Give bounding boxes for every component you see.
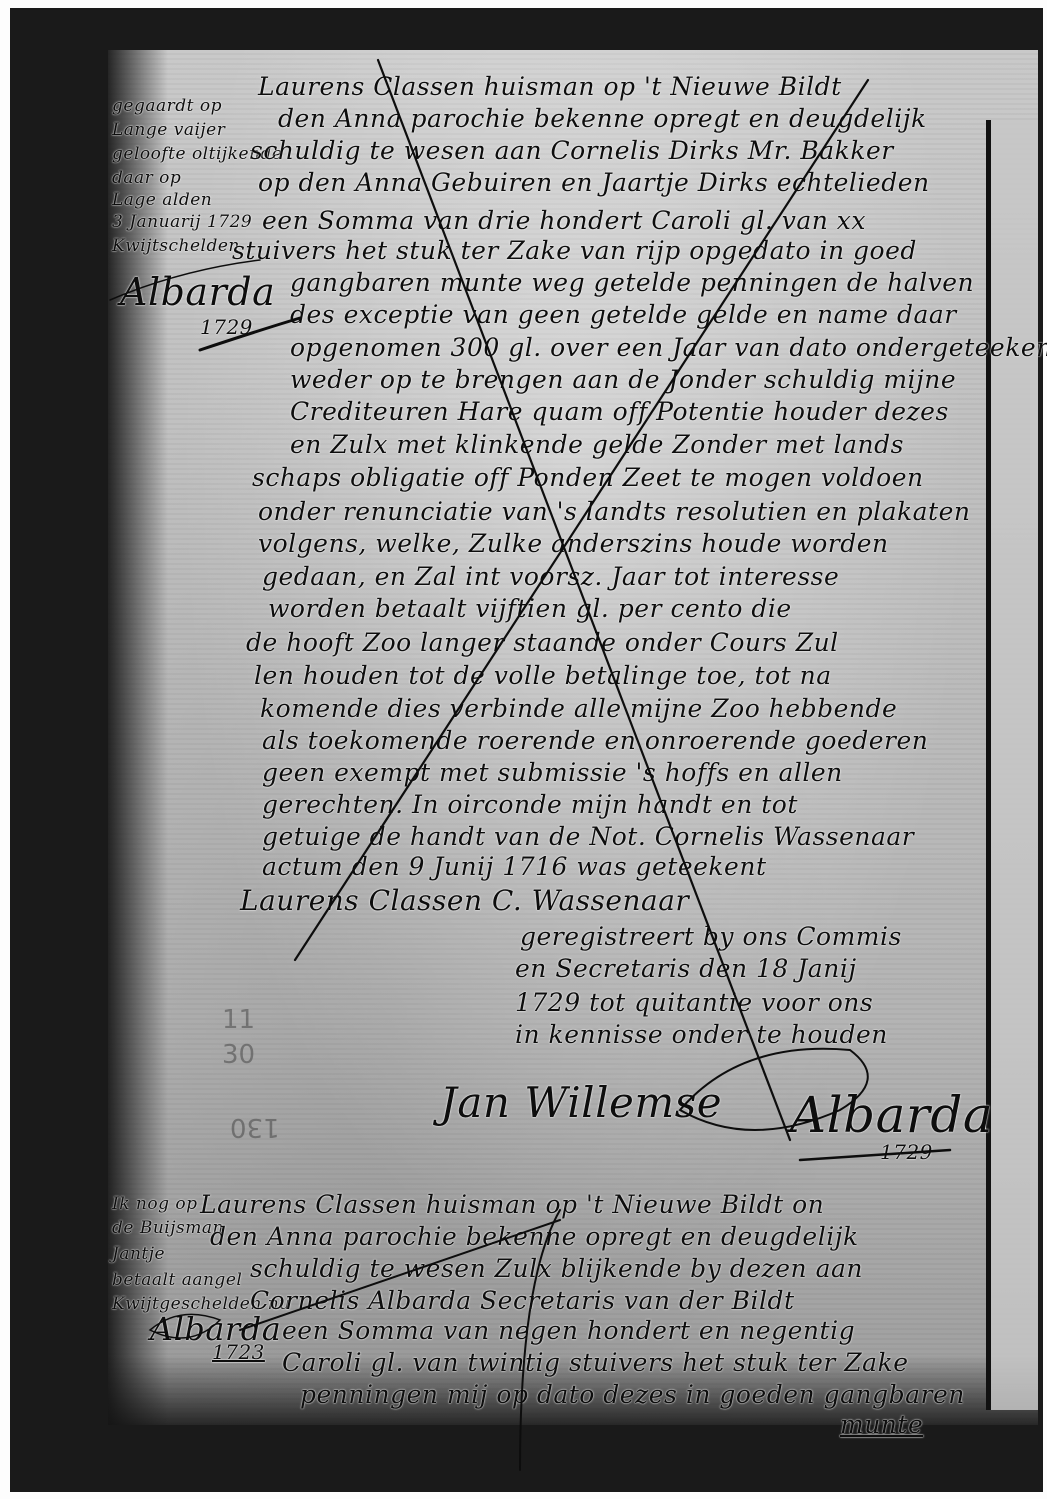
text-line: en Zulx met klinkende gelde Zonder met l…: [290, 430, 904, 459]
text-line: getuige de handt van de Not. Cornelis Wa…: [262, 822, 914, 851]
text-line: schuldig te wesen Zulx blijkende by deze…: [250, 1254, 863, 1283]
text-line: actum den 9 Junij 1716 was geteekent: [262, 852, 767, 881]
text-line: gerechten. In oirconde mijn handt en tot: [262, 790, 798, 819]
text-line: worden betaalt vijftien gl. per cento di…: [268, 594, 792, 623]
margin-note: Jantje: [112, 1244, 165, 1264]
text-line: op den Anna Gebuiren en Jaartje Dirks ec…: [258, 168, 930, 197]
margin-note: Ik nog op: [112, 1194, 198, 1214]
text-line: Crediteuren Hare quam off Potentie houde…: [290, 397, 949, 426]
signature-year: 1729: [880, 1140, 933, 1164]
text-line: Laurens Classen huisman op 't Nieuwe Bil…: [200, 1190, 824, 1219]
text-line: Laurens Classen huisman op 't Nieuwe Bil…: [258, 72, 842, 101]
signature-jan-willemse: Jan Willemse: [440, 1078, 722, 1127]
margin-note: daar op: [112, 168, 181, 188]
text-line: len houden tot de volle betalinge toe, t…: [254, 661, 832, 690]
text-line: gangbaren munte weg getelde penningen de…: [290, 268, 974, 297]
text-line: gedaan, en Zal int voorsz. Jaar tot inte…: [262, 562, 839, 591]
text-line: onder renunciatie van 's landts resoluti…: [258, 497, 971, 526]
text-line: een Somma van drie hondert Caroli gl. va…: [262, 206, 866, 235]
text-line: den Anna parochie bekenne opregt en deug…: [278, 104, 927, 133]
text-line: schaps obligatie off Ponden Zeet te moge…: [252, 463, 924, 492]
signature-albarda: Albarda: [790, 1086, 993, 1144]
annotation-line: en Secretaris den 18 Janij: [515, 954, 857, 983]
bleed-through-mark: 30: [222, 1040, 255, 1070]
text-line: opgenomen 300 gl. over een Jaar van dato…: [290, 333, 1047, 362]
margin-note: 3 Januarij 1729: [112, 212, 252, 232]
text-line: Cornelis Albarda Secretaris van der Bild…: [250, 1286, 795, 1315]
text-line: des exceptie van geen getelde gelde en n…: [290, 300, 957, 329]
text-line: den Anna parochie bekenne opregt en deug…: [210, 1222, 859, 1251]
annotation-line: in kennisse onder te houden: [515, 1020, 888, 1049]
text-line: de hooft Zoo langer staande onder Cours …: [246, 628, 839, 657]
text-line: Caroli gl. van twintig stuivers het stuk…: [282, 1348, 909, 1377]
page-fold-line: [986, 120, 991, 1410]
text-line: schuldig te wesen aan Cornelis Dirks Mr.…: [250, 136, 894, 165]
margin-note: Lange vaijer: [112, 120, 225, 140]
adjacent-page-strip: [991, 120, 1038, 1410]
text-line: geen exempt met submissie 's hoffs en al…: [262, 758, 843, 787]
text-line: komende dies verbinde alle mijne Zoo heb…: [260, 694, 897, 723]
text-line: penningen mij op dato dezes in goeden ga…: [300, 1380, 965, 1409]
margin-note: Lage alden: [112, 190, 212, 210]
text-line: stuivers het stuk ter Zake van rijp opge…: [232, 236, 917, 265]
margin-note: Kwijtschelden: [112, 236, 240, 256]
annotation-line: geregistreert by ons Commis: [520, 922, 902, 951]
margin-note: gegaardt op: [112, 96, 222, 116]
annotation-line: 1729 tot quitantie voor ons: [515, 988, 873, 1017]
text-line: als toekomende roerende en onroerende go…: [262, 726, 928, 755]
margin-note: de Buijsman: [112, 1218, 224, 1238]
margin-note: betaalt aangel: [112, 1270, 242, 1290]
signatures-line: Laurens Classen C. Wassenaar: [240, 884, 689, 917]
text-line: munte: [840, 1410, 923, 1439]
bleed-through-mark: 11: [222, 1005, 255, 1035]
margin-year: 1729: [200, 315, 253, 339]
margin-signature: Albarda: [120, 270, 275, 314]
text-line: volgens, welke, Zulke anderszins houde w…: [258, 529, 889, 558]
text-line: een Somma van negen hondert en negentig: [282, 1316, 855, 1345]
margin-year: 1723: [212, 1340, 265, 1364]
bleed-through-mark: 130: [230, 1112, 280, 1142]
text-line: weder op te brengen aan de Jonder schuld…: [290, 365, 956, 394]
